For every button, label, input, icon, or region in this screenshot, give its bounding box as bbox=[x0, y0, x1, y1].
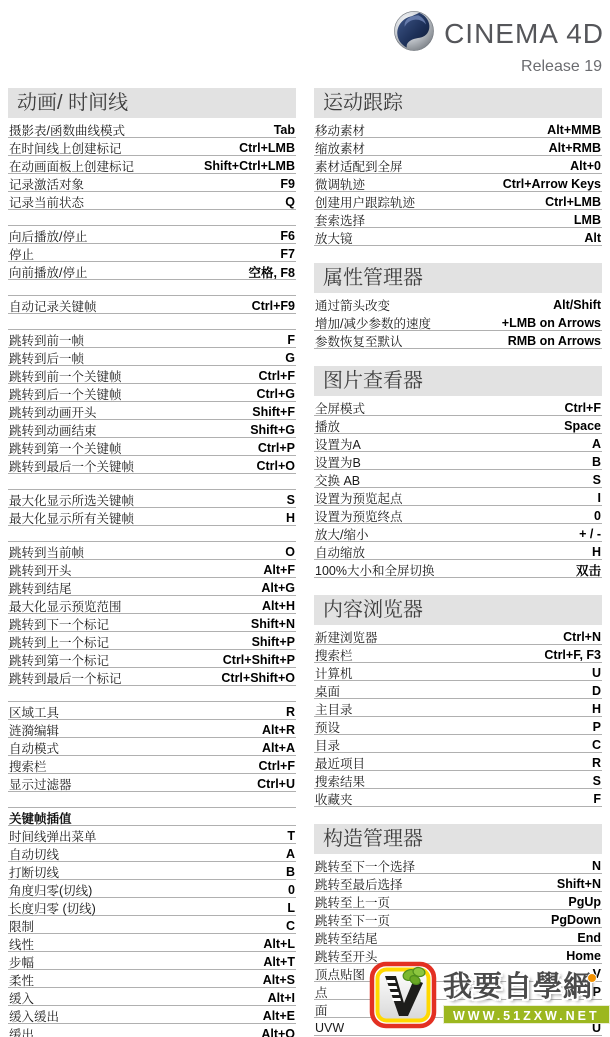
shortcut-label: 缩放素材 bbox=[315, 139, 365, 157]
shortcut-key: I bbox=[598, 491, 601, 505]
shortcut-row: 涟漪编辑Alt+R bbox=[8, 720, 296, 738]
shortcut-key: T bbox=[287, 829, 295, 843]
shortcut-row: 设置为预览终点0 bbox=[314, 506, 602, 524]
shortcut-label: 记录当前状态 bbox=[9, 193, 84, 211]
shortcut-key: N bbox=[592, 859, 601, 873]
shortcut-row: 跳转到最后一个关键帧Ctrl+O bbox=[8, 456, 296, 474]
shortcut-label: 涟漪编辑 bbox=[9, 721, 59, 739]
shortcut-label: 在时间线上创建标记 bbox=[9, 139, 122, 157]
51zxw-logo-icon bbox=[369, 961, 437, 1034]
shortcut-row: 跳转到第一个关键帧Ctrl+P bbox=[8, 438, 296, 456]
shortcut-key: Alt+E bbox=[263, 1009, 295, 1023]
shortcut-label: 播放 bbox=[315, 417, 340, 435]
watermark-site-name: 我要自學網 bbox=[443, 971, 593, 1003]
shortcut-row: 最大化显示所有关键帧H bbox=[8, 508, 296, 526]
shortcut-label: 跳转至下一个选择 bbox=[315, 857, 415, 875]
shortcut-row: 长度归零 (切线)L bbox=[8, 898, 296, 916]
shortcut-label: 跳转到动画开头 bbox=[9, 403, 97, 421]
shortcut-key: Shift+F bbox=[252, 405, 295, 419]
shortcut-key: Ctrl+LMB bbox=[239, 141, 295, 155]
release-label: Release 19 bbox=[521, 58, 604, 76]
shortcut-key: S bbox=[593, 473, 601, 487]
shortcut-section: 图片查看器全屏模式Ctrl+F播放Space设置为AA设置为BB交换 ABS设置… bbox=[314, 366, 602, 578]
shortcut-key: F9 bbox=[280, 177, 295, 191]
shortcut-label: 跳转到下一个标记 bbox=[9, 615, 109, 633]
shortcut-label: 限制 bbox=[9, 917, 34, 935]
shortcut-row: 通过箭头改变Alt/Shift bbox=[314, 295, 602, 313]
shortcut-key: C bbox=[286, 919, 295, 933]
shortcut-key: R bbox=[286, 705, 295, 719]
shortcut-key: H bbox=[286, 511, 295, 525]
shortcut-row: 显示过滤器Ctrl+U bbox=[8, 774, 296, 792]
shortcut-row: 最大化显示预览范围Alt+H bbox=[8, 596, 296, 614]
shortcut-label: 搜索结果 bbox=[315, 772, 365, 790]
shortcut-label: 长度归零 (切线) bbox=[9, 899, 96, 917]
cinema4d-sphere-icon bbox=[393, 10, 435, 57]
shortcut-label: 向后播放/停止 bbox=[9, 227, 87, 245]
shortcut-label: 缓入缓出 bbox=[9, 1007, 59, 1025]
shortcut-row: 最近项目R bbox=[314, 753, 602, 771]
section-title: 内容浏览器 bbox=[314, 595, 602, 625]
shortcut-group: 摄影表/函数曲线模式Tab在时间线上创建标记Ctrl+LMB在动画面板上创建标记… bbox=[8, 120, 296, 210]
shortcut-row: 区域工具R bbox=[8, 702, 296, 720]
shortcut-key: Q bbox=[285, 195, 295, 209]
shortcut-row: 跳转到当前帧O bbox=[8, 542, 296, 560]
shortcut-row: 记录激活对象F9 bbox=[8, 174, 296, 192]
shortcut-row: 柔性Alt+S bbox=[8, 970, 296, 988]
shortcut-key: Shift+Ctrl+LMB bbox=[204, 159, 295, 173]
shortcut-key: S bbox=[287, 493, 295, 507]
shortcut-key: Ctrl+O bbox=[256, 459, 295, 473]
shortcut-key: PgDown bbox=[551, 913, 601, 927]
shortcut-row: 跳转到前一帧F bbox=[8, 330, 296, 348]
shortcut-columns: 动画/ 时间线摄影表/函数曲线模式Tab在时间线上创建标记Ctrl+LMB在动画… bbox=[0, 88, 610, 1037]
column-right: 运动跟踪移动素材Alt+MMB缩放素材Alt+RMB素材适配到全屏Alt+0微调… bbox=[314, 88, 602, 1037]
shortcut-key: Alt+F bbox=[263, 563, 295, 577]
shortcut-key: Alt+T bbox=[263, 955, 295, 969]
shortcut-label: 面 bbox=[315, 1001, 328, 1019]
shortcut-row: 自动模式Alt+A bbox=[8, 738, 296, 756]
shortcut-row: 搜索结果S bbox=[314, 771, 602, 789]
shortcut-key: Ctrl+U bbox=[257, 777, 295, 791]
section-title: 属性管理器 bbox=[314, 263, 602, 293]
shortcut-label: 移动素材 bbox=[315, 121, 365, 139]
shortcut-key: End bbox=[577, 931, 601, 945]
shortcut-key: F bbox=[593, 792, 601, 806]
shortcut-row: 停止F7 bbox=[8, 244, 296, 262]
shortcut-label: 跳转到第一个标记 bbox=[9, 651, 109, 669]
shortcut-label: 摄影表/函数曲线模式 bbox=[9, 121, 125, 139]
shortcut-row: 参数恢复至默认RMB on Arrows bbox=[314, 331, 602, 349]
shortcut-label: 搜索栏 bbox=[9, 757, 47, 775]
shortcut-key: D bbox=[592, 684, 601, 698]
shortcut-row: 交换 ABS bbox=[314, 470, 602, 488]
shortcut-label: 跳转至上一页 bbox=[315, 893, 390, 911]
shortcut-row: 线性Alt+L bbox=[8, 934, 296, 952]
shortcut-row: 打断切线B bbox=[8, 862, 296, 880]
shortcut-label: 放大镜 bbox=[315, 229, 353, 247]
shortcut-label: 跳转到第一个关键帧 bbox=[9, 439, 122, 457]
shortcut-label: 目录 bbox=[315, 736, 340, 754]
shortcut-row: 计算机U bbox=[314, 663, 602, 681]
column-left: 动画/ 时间线摄影表/函数曲线模式Tab在时间线上创建标记Ctrl+LMB在动画… bbox=[8, 88, 296, 1037]
shortcut-key: L bbox=[287, 901, 295, 915]
shortcut-key: Shift+N bbox=[251, 617, 295, 631]
shortcut-label: 设置为B bbox=[315, 453, 361, 471]
shortcut-key: PgUp bbox=[568, 895, 601, 909]
shortcut-label: 交换 AB bbox=[315, 471, 360, 489]
shortcut-group: 新建浏览器Ctrl+N搜索栏Ctrl+F, F3计算机U桌面D主目录H预设P目录… bbox=[314, 627, 602, 807]
shortcut-key: B bbox=[592, 455, 601, 469]
shortcut-group: 向后播放/停止F6停止F7向前播放/停止空格, F8 bbox=[8, 225, 296, 280]
shortcut-key: P bbox=[593, 720, 601, 734]
shortcut-row: 全屏模式Ctrl+F bbox=[314, 398, 602, 416]
shortcut-label: 增加/减少参数的速度 bbox=[315, 314, 431, 332]
shortcut-label: 跳转到后一个关键帧 bbox=[9, 385, 122, 403]
watermark-site-url: WWW.51ZXW.NET bbox=[443, 1005, 610, 1024]
shortcut-row: 在时间线上创建标记Ctrl+LMB bbox=[8, 138, 296, 156]
shortcut-label: 时间线弹出菜单 bbox=[9, 827, 97, 845]
shortcut-label: 跳转到后一帧 bbox=[9, 349, 84, 367]
shortcut-row: 套索选择LMB bbox=[314, 210, 602, 228]
section-title: 动画/ 时间线 bbox=[8, 88, 296, 118]
shortcut-row: 跳转到下一个标记Shift+N bbox=[8, 614, 296, 632]
orange-dot-icon bbox=[587, 973, 597, 983]
shortcut-key: R bbox=[592, 756, 601, 770]
shortcut-key: U bbox=[592, 666, 601, 680]
shortcut-label: 跳转到开头 bbox=[9, 561, 72, 579]
shortcut-row: 跳转到后一帧G bbox=[8, 348, 296, 366]
shortcut-row: 缓出Alt+O bbox=[8, 1024, 296, 1037]
watermark-site-name-text: 我要自學網 bbox=[443, 971, 593, 1003]
shortcut-row: 100%大小和全屏切换双击 bbox=[314, 560, 602, 578]
shortcut-key: LMB bbox=[574, 213, 601, 227]
shortcut-label: 通过箭头改变 bbox=[315, 296, 390, 314]
shortcut-row: 缓入Alt+I bbox=[8, 988, 296, 1006]
shortcut-row: 记录当前状态Q bbox=[8, 192, 296, 210]
shortcut-key: F6 bbox=[280, 229, 295, 243]
shortcut-row: 自动记录关键帧Ctrl+F9 bbox=[8, 296, 296, 314]
shortcut-label: 自动记录关键帧 bbox=[9, 297, 97, 315]
shortcut-label: 最大化显示所选关键帧 bbox=[9, 491, 134, 509]
shortcut-key: Alt+O bbox=[261, 1027, 295, 1037]
shortcut-key: S bbox=[593, 774, 601, 788]
shortcut-row: 设置为AA bbox=[314, 434, 602, 452]
shortcut-label: 柔性 bbox=[9, 971, 34, 989]
shortcut-row: 素材适配到全屏Alt+0 bbox=[314, 156, 602, 174]
shortcut-row: 时间线弹出菜单T bbox=[8, 826, 296, 844]
shortcut-label: 跳转到结尾 bbox=[9, 579, 72, 597]
shortcut-key: Space bbox=[564, 419, 601, 433]
shortcut-key: Alt+0 bbox=[570, 159, 601, 173]
shortcut-row: 增加/减少参数的速度+LMB on Arrows bbox=[314, 313, 602, 331]
shortcut-label: 桌面 bbox=[315, 682, 340, 700]
shortcut-key: +LMB on Arrows bbox=[502, 316, 601, 330]
shortcut-row: 跳转到结尾Alt+G bbox=[8, 578, 296, 596]
shortcut-label: 最大化显示预览范围 bbox=[9, 597, 122, 615]
shortcut-label: 跳转至下一页 bbox=[315, 911, 390, 929]
shortcut-row: 跳转到后一个关键帧Ctrl+G bbox=[8, 384, 296, 402]
shortcut-row: 限制C bbox=[8, 916, 296, 934]
shortcut-key: H bbox=[592, 702, 601, 716]
shortcut-key: Shift+N bbox=[557, 877, 601, 891]
shortcut-key: Alt+I bbox=[268, 991, 295, 1005]
shortcut-key: G bbox=[285, 351, 295, 365]
shortcut-key: Ctrl+Shift+O bbox=[221, 671, 295, 685]
shortcut-label: 打断切线 bbox=[9, 863, 59, 881]
shortcut-label: UVW bbox=[315, 1021, 344, 1035]
shortcut-key: Alt bbox=[584, 231, 601, 245]
shortcut-row: 缓入缓出Alt+E bbox=[8, 1006, 296, 1024]
shortcut-key: Ctrl+P bbox=[258, 441, 295, 455]
shortcut-label: 参数恢复至默认 bbox=[315, 332, 403, 350]
shortcut-row: 桌面D bbox=[314, 681, 602, 699]
shortcut-row: 向前播放/停止空格, F8 bbox=[8, 262, 296, 280]
shortcut-label: 自动模式 bbox=[9, 739, 59, 757]
shortcut-row: 在动画面板上创建标记Shift+Ctrl+LMB bbox=[8, 156, 296, 174]
shortcut-label: 跳转到前一个关键帧 bbox=[9, 367, 122, 385]
shortcut-row: 微调轨迹Ctrl+Arrow Keys bbox=[314, 174, 602, 192]
shortcut-row: 放大镜Alt bbox=[314, 228, 602, 246]
shortcut-row: 跳转到上一个标记Shift+P bbox=[8, 632, 296, 650]
shortcut-key: Ctrl+Arrow Keys bbox=[503, 177, 601, 191]
shortcut-label: 搜索栏 bbox=[315, 646, 353, 664]
shortcut-row: 向后播放/停止F6 bbox=[8, 226, 296, 244]
shortcut-row: 跳转至下一个选择N bbox=[314, 856, 602, 874]
shortcut-label: 新建浏览器 bbox=[315, 628, 378, 646]
shortcut-section: 运动跟踪移动素材Alt+MMB缩放素材Alt+RMB素材适配到全屏Alt+0微调… bbox=[314, 88, 602, 246]
shortcut-label: 创建用户跟踪轨迹 bbox=[315, 193, 415, 211]
shortcut-row: 步幅Alt+T bbox=[8, 952, 296, 970]
shortcut-row: 摄影表/函数曲线模式Tab bbox=[8, 120, 296, 138]
shortcut-key: Alt+RMB bbox=[549, 141, 601, 155]
shortcut-key: Ctrl+F bbox=[259, 369, 295, 383]
shortcut-key: Alt+L bbox=[263, 937, 295, 951]
shortcut-label: 向前播放/停止 bbox=[9, 263, 87, 281]
shortcut-key: Alt+G bbox=[261, 581, 295, 595]
shortcut-label: 100%大小和全屏切换 bbox=[315, 561, 434, 579]
shortcut-key: Alt+A bbox=[262, 741, 295, 755]
shortcut-key: C bbox=[592, 738, 601, 752]
shortcut-label: 套索选择 bbox=[315, 211, 365, 229]
shortcut-key: Shift+P bbox=[252, 635, 295, 649]
shortcut-label: 缓入 bbox=[9, 989, 34, 1007]
shortcut-label: 设置为A bbox=[315, 435, 361, 453]
shortcut-row: 设置为预览起点I bbox=[314, 488, 602, 506]
shortcut-key: Ctrl+LMB bbox=[545, 195, 601, 209]
shortcut-section: 动画/ 时间线摄影表/函数曲线模式Tab在时间线上创建标记Ctrl+LMB在动画… bbox=[8, 88, 296, 1037]
shortcut-label: 设置为预览终点 bbox=[315, 507, 403, 525]
shortcut-key: Alt+MMB bbox=[547, 123, 601, 137]
shortcut-label: 最大化显示所有关键帧 bbox=[9, 509, 134, 527]
shortcut-group: 跳转到当前帧O跳转到开头Alt+F跳转到结尾Alt+G最大化显示预览范围Alt+… bbox=[8, 541, 296, 686]
subsection-title: 关键帧插值 bbox=[8, 808, 296, 826]
shortcut-label: 跳转至最后选择 bbox=[315, 875, 403, 893]
shortcut-key: 0 bbox=[594, 509, 601, 523]
shortcut-label: 角度归零(切线) bbox=[9, 881, 92, 899]
shortcut-label: 步幅 bbox=[9, 953, 34, 971]
shortcut-key: 空格, F8 bbox=[248, 263, 295, 281]
shortcut-label: 点 bbox=[315, 983, 328, 1001]
shortcut-row: 跳转到开头Alt+F bbox=[8, 560, 296, 578]
shortcut-row: 跳转到最后一个标记Ctrl+Shift+O bbox=[8, 668, 296, 686]
shortcut-key: Ctrl+F bbox=[565, 401, 601, 415]
watermark-text: 我要自學網 WWW.51ZXW.NET bbox=[443, 971, 610, 1024]
shortcut-label: 区域工具 bbox=[9, 703, 59, 721]
shortcut-row: 搜索栏Ctrl+F, F3 bbox=[314, 645, 602, 663]
shortcut-key: Tab bbox=[274, 123, 295, 137]
shortcut-key: Ctrl+F bbox=[259, 759, 295, 773]
shortcut-label: 全屏模式 bbox=[315, 399, 365, 417]
shortcut-row: 跳转到动画结束Shift+G bbox=[8, 420, 296, 438]
shortcut-section: 属性管理器通过箭头改变Alt/Shift增加/减少参数的速度+LMB on Ar… bbox=[314, 263, 602, 349]
shortcut-row: 跳转到动画开头Shift+F bbox=[8, 402, 296, 420]
brand-row: CINEMA 4D bbox=[393, 10, 604, 57]
shortcut-label: 跳转到最后一个关键帧 bbox=[9, 457, 134, 475]
shortcut-row: 收藏夹F bbox=[314, 789, 602, 807]
section-title: 构造管理器 bbox=[314, 824, 602, 854]
watermark-51zxw: 我要自學網 WWW.51ZXW.NET bbox=[369, 961, 597, 1033]
shortcut-label: 微调轨迹 bbox=[315, 175, 365, 193]
shortcut-key: 0 bbox=[288, 883, 295, 897]
shortcut-key: B bbox=[286, 865, 295, 879]
shortcut-label: 停止 bbox=[9, 245, 34, 263]
shortcut-label: 跳转到上一个标记 bbox=[9, 633, 109, 651]
shortcut-row: 跳转至上一页PgUp bbox=[314, 892, 602, 910]
shortcut-group: 全屏模式Ctrl+F播放Space设置为AA设置为BB交换 ABS设置为预览起点… bbox=[314, 398, 602, 578]
shortcut-row: 设置为BB bbox=[314, 452, 602, 470]
shortcut-key: Alt+S bbox=[263, 973, 295, 987]
shortcut-label: 记录激活对象 bbox=[9, 175, 84, 193]
shortcut-key: Alt+R bbox=[262, 723, 295, 737]
shortcut-label: 跳转到前一帧 bbox=[9, 331, 84, 349]
shortcut-row: 放大/缩小+ / - bbox=[314, 524, 602, 542]
shortcut-row: 创建用户跟踪轨迹Ctrl+LMB bbox=[314, 192, 602, 210]
shortcut-label: 显示过滤器 bbox=[9, 775, 72, 793]
shortcut-row: 跳转至下一页PgDown bbox=[314, 910, 602, 928]
shortcut-key: H bbox=[592, 545, 601, 559]
shortcut-group: 最大化显示所选关键帧S最大化显示所有关键帧H bbox=[8, 489, 296, 526]
shortcut-key: Alt/Shift bbox=[553, 298, 601, 312]
shortcut-label: 素材适配到全屏 bbox=[315, 157, 403, 175]
shortcut-group: 跳转到前一帧F跳转到后一帧G跳转到前一个关键帧Ctrl+F跳转到后一个关键帧Ct… bbox=[8, 329, 296, 474]
shortcut-row: 预设P bbox=[314, 717, 602, 735]
shortcut-label: 跳转到最后一个标记 bbox=[9, 669, 122, 687]
shortcut-key: Ctrl+G bbox=[256, 387, 295, 401]
shortcut-label: 设置为预览起点 bbox=[315, 489, 403, 507]
shortcut-row: 跳转到第一个标记Ctrl+Shift+P bbox=[8, 650, 296, 668]
shortcut-label: 放大/缩小 bbox=[315, 525, 368, 543]
shortcut-row: 移动素材Alt+MMB bbox=[314, 120, 602, 138]
shortcut-row: 新建浏览器Ctrl+N bbox=[314, 627, 602, 645]
shortcut-section: 内容浏览器新建浏览器Ctrl+N搜索栏Ctrl+F, F3计算机U桌面D主目录H… bbox=[314, 595, 602, 807]
shortcut-row: 自动缩放H bbox=[314, 542, 602, 560]
shortcut-key: RMB on Arrows bbox=[508, 334, 601, 348]
shortcut-label: 在动画面板上创建标记 bbox=[9, 157, 134, 175]
shortcut-label: 跳转到动画结束 bbox=[9, 421, 97, 439]
shortcut-key: O bbox=[285, 545, 295, 559]
shortcut-key: A bbox=[592, 437, 601, 451]
brand-title: CINEMA 4D bbox=[444, 18, 604, 50]
shortcut-row: 目录C bbox=[314, 735, 602, 753]
section-title: 运动跟踪 bbox=[314, 88, 602, 118]
shortcut-label: 最近项目 bbox=[315, 754, 365, 772]
shortcut-key: Ctrl+Shift+P bbox=[223, 653, 295, 667]
shortcut-group: 关键帧插值时间线弹出菜单T自动切线A打断切线B角度归零(切线)0长度归零 (切线… bbox=[8, 807, 296, 1037]
shortcut-row: 角度归零(切线)0 bbox=[8, 880, 296, 898]
shortcut-label: 顶点贴图 bbox=[315, 965, 365, 983]
shortcut-label: 跳转至结尾 bbox=[315, 929, 378, 947]
shortcut-group: 区域工具R涟漪编辑Alt+R自动模式Alt+A搜索栏Ctrl+F显示过滤器Ctr… bbox=[8, 701, 296, 792]
shortcut-label: 主目录 bbox=[315, 700, 353, 718]
shortcut-label: 计算机 bbox=[315, 664, 353, 682]
shortcut-key: Shift+G bbox=[250, 423, 295, 437]
shortcut-group: 通过箭头改变Alt/Shift增加/减少参数的速度+LMB on Arrows参… bbox=[314, 295, 602, 349]
shortcut-label: 缓出 bbox=[9, 1025, 34, 1037]
shortcut-row: 搜索栏Ctrl+F bbox=[8, 756, 296, 774]
shortcut-row: 最大化显示所选关键帧S bbox=[8, 490, 296, 508]
shortcut-key: Ctrl+N bbox=[563, 630, 601, 644]
shortcut-key: F7 bbox=[280, 247, 295, 261]
shortcut-row: 缩放素材Alt+RMB bbox=[314, 138, 602, 156]
shortcut-key: Ctrl+F9 bbox=[252, 299, 295, 313]
shortcut-key: A bbox=[286, 847, 295, 861]
shortcut-key: F bbox=[287, 333, 295, 347]
shortcut-key: Ctrl+F, F3 bbox=[544, 648, 601, 662]
shortcut-row: 跳转至结尾End bbox=[314, 928, 602, 946]
section-title: 图片查看器 bbox=[314, 366, 602, 396]
shortcut-row: 跳转到前一个关键帧Ctrl+F bbox=[8, 366, 296, 384]
shortcut-key: + / - bbox=[579, 527, 601, 541]
shortcut-label: 自动切线 bbox=[9, 845, 59, 863]
shortcut-row: 跳转至最后选择Shift+N bbox=[314, 874, 602, 892]
shortcut-row: 主目录H bbox=[314, 699, 602, 717]
shortcut-key: 双击 bbox=[576, 561, 601, 579]
shortcut-key: Alt+H bbox=[262, 599, 295, 613]
shortcut-row: 播放Space bbox=[314, 416, 602, 434]
shortcut-label: 收藏夹 bbox=[315, 790, 353, 808]
shortcut-label: 自动缩放 bbox=[315, 543, 365, 561]
shortcut-label: 线性 bbox=[9, 935, 34, 953]
app-header: CINEMA 4D Release 19 bbox=[0, 0, 610, 88]
shortcut-group: 移动素材Alt+MMB缩放素材Alt+RMB素材适配到全屏Alt+0微调轨迹Ct… bbox=[314, 120, 602, 246]
shortcut-label: 预设 bbox=[315, 718, 340, 736]
shortcut-row: 自动切线A bbox=[8, 844, 296, 862]
shortcut-group: 自动记录关键帧Ctrl+F9 bbox=[8, 295, 296, 314]
shortcut-label: 跳转到当前帧 bbox=[9, 543, 84, 561]
